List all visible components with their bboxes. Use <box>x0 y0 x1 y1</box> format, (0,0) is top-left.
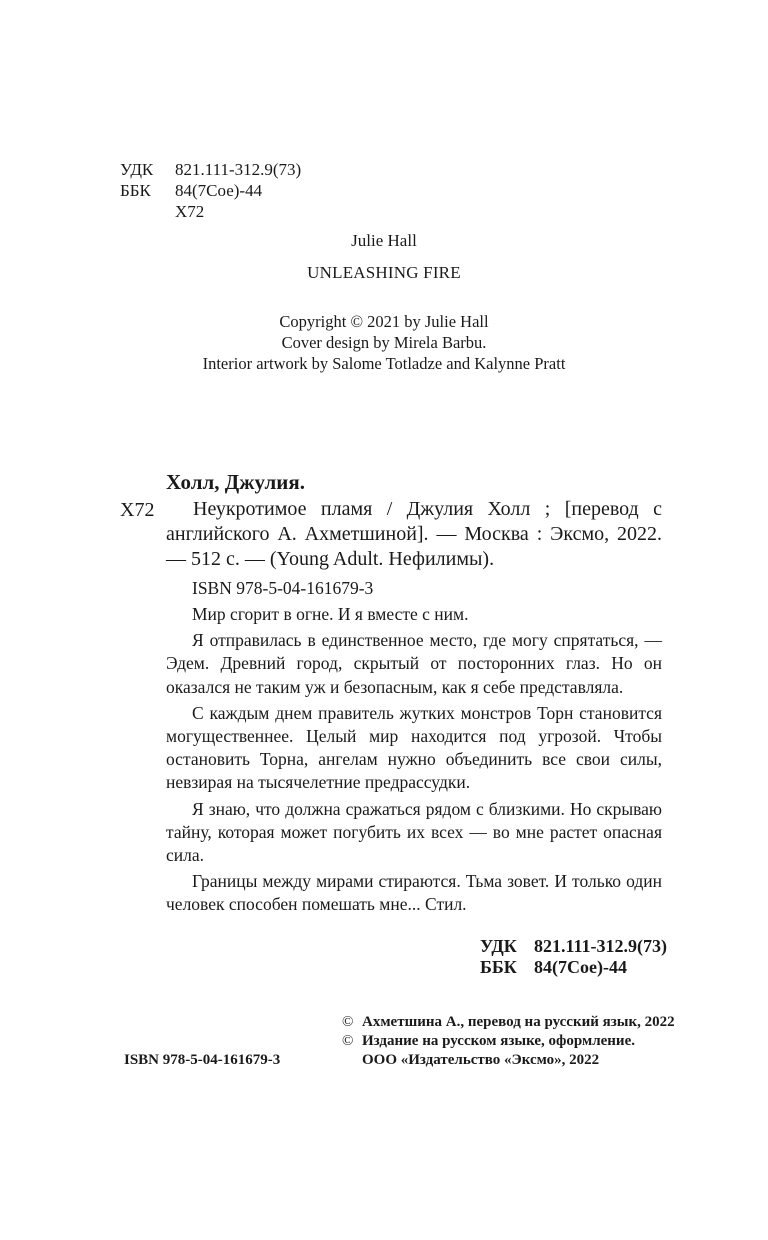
credit-line: Cover design by Mirela Barbu. <box>0 332 768 353</box>
author-mark: Х72 <box>175 201 204 222</box>
annotation: Мир сгорит в огне. И я вместе с ним. Я о… <box>166 603 662 920</box>
original-credits: Copyright © 2021 by Julie Hall Cover des… <box>0 311 768 374</box>
author-mark-row: Х72 <box>120 201 301 222</box>
original-author: Julie Hall <box>0 230 768 252</box>
annotation-paragraph: Границы между мирами стираются. Тьма зов… <box>166 870 662 916</box>
bbk-label: ББК <box>120 180 175 201</box>
credit-line: Copyright © 2021 by Julie Hall <box>0 311 768 332</box>
entry-isbn: ISBN 978-5-04-161679-3 <box>192 577 373 599</box>
copyright-icon: © <box>342 1032 362 1051</box>
entry-description: Неукротимое пламя / Джулия Холл ; [перев… <box>166 497 662 572</box>
original-title: UNLEASHING FIRE <box>0 262 768 284</box>
edition-copyright-text: Издание на русском языке, оформление. <box>362 1032 635 1051</box>
footer-isbn: ISBN 978-5-04-161679-3 <box>124 1050 280 1070</box>
bbk-row: ББК 84(7Сое)-44 <box>120 180 301 201</box>
udk-row: УДК 821.111-312.9(73) <box>480 936 667 957</box>
classification-bottom: УДК 821.111-312.9(73) ББК 84(7Сое)-44 <box>480 936 667 978</box>
bbk-value: 84(7Сое)-44 <box>175 180 262 201</box>
translation-copyright: © Ахметшина А., перевод на русский язык,… <box>342 1013 675 1032</box>
copyright-block: © Ахметшина А., перевод на русский язык,… <box>342 1013 675 1070</box>
annotation-paragraph: Мир сгорит в огне. И я вместе с ним. <box>166 603 662 626</box>
classification-top: УДК 821.111-312.9(73) ББК 84(7Сое)-44 Х7… <box>120 159 301 222</box>
publisher-copyright: ООО «Издательство «Эксмо», 2022 <box>342 1051 675 1070</box>
bbk-value: 84(7Сое)-44 <box>534 957 627 978</box>
credit-line: Interior artwork by Salome Totladze and … <box>0 353 768 374</box>
annotation-paragraph: С каждым днем правитель жутких монстров … <box>166 702 662 795</box>
bbk-row: ББК 84(7Сое)-44 <box>480 957 667 978</box>
translation-copyright-text: Ахметшина А., перевод на русский язык, 2… <box>362 1013 675 1032</box>
annotation-paragraph: Я знаю, что должна сражаться рядом с бли… <box>166 798 662 868</box>
udk-value: 821.111-312.9(73) <box>175 159 301 180</box>
edition-copyright: © Издание на русском языке, оформление. <box>342 1032 675 1051</box>
entry-author-mark: Х72 <box>120 497 154 523</box>
annotation-paragraph: Я отправилась в единственное место, где … <box>166 629 662 699</box>
bbk-label: ББК <box>480 957 534 978</box>
publisher-copyright-text: ООО «Издательство «Эксмо», 2022 <box>362 1051 599 1070</box>
copyright-icon: © <box>342 1013 362 1032</box>
udk-row: УДК 821.111-312.9(73) <box>120 159 301 180</box>
udk-label: УДК <box>120 159 175 180</box>
udk-value: 821.111-312.9(73) <box>534 936 667 957</box>
entry-author-heading: Холл, Джулия. <box>166 469 305 495</box>
udk-label: УДК <box>480 936 534 957</box>
